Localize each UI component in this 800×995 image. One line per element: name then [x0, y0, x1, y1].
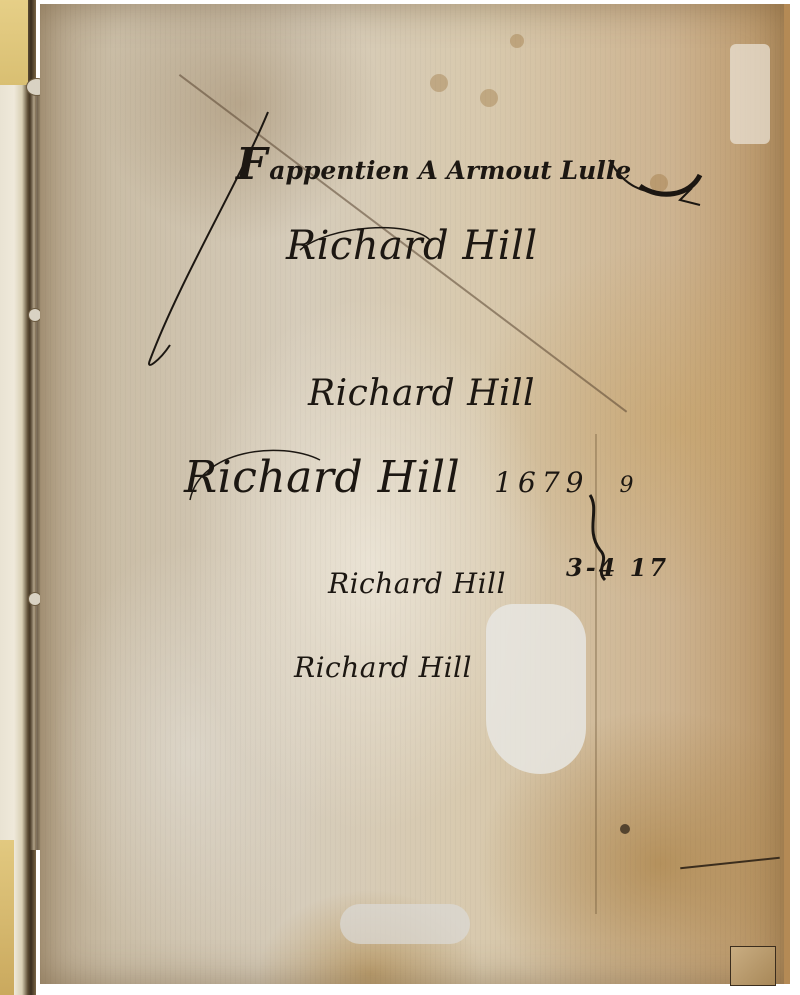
worn-patch: [340, 904, 470, 944]
signature-richard-hill: Richard Hill: [328, 570, 506, 598]
adjacent-leaf-top: [0, 0, 28, 85]
foxing-spot: [510, 34, 524, 48]
signature-richard-hill: Richard Hill: [308, 376, 535, 412]
foxing-spot: [480, 89, 498, 107]
signature-name: Richard Hill: [184, 452, 460, 503]
foxing-spot: [430, 74, 448, 92]
inscription-text: appentien A Armout Lulle: [269, 156, 631, 185]
binding-thread: [30, 90, 40, 850]
foxing-spot: [650, 174, 668, 192]
worn-patch: [486, 604, 586, 774]
page-tear: [680, 857, 780, 869]
folded-corner: [730, 946, 776, 986]
fold-crease-vertical: [595, 434, 597, 914]
signature-mark: 9: [619, 473, 634, 498]
inscription-initial: F: [236, 139, 267, 190]
date-notation: 3-4 17: [566, 556, 669, 580]
signature-with-year: Richard Hill16799: [184, 456, 634, 500]
inscription-line-1: Fappentien A Armout Lulle: [236, 143, 631, 187]
worn-patch: [730, 44, 770, 144]
signature-year: 1679: [494, 466, 589, 499]
signature-richard-hill: Richard Hill: [286, 226, 538, 266]
adjacent-leaf-bottom: [0, 840, 14, 995]
signature-richard-hill: Richard Hill: [294, 654, 472, 682]
ink-blot: [620, 824, 630, 834]
manuscript-photo: Fappentien A Armout Lulle Richard Hill R…: [0, 0, 800, 995]
